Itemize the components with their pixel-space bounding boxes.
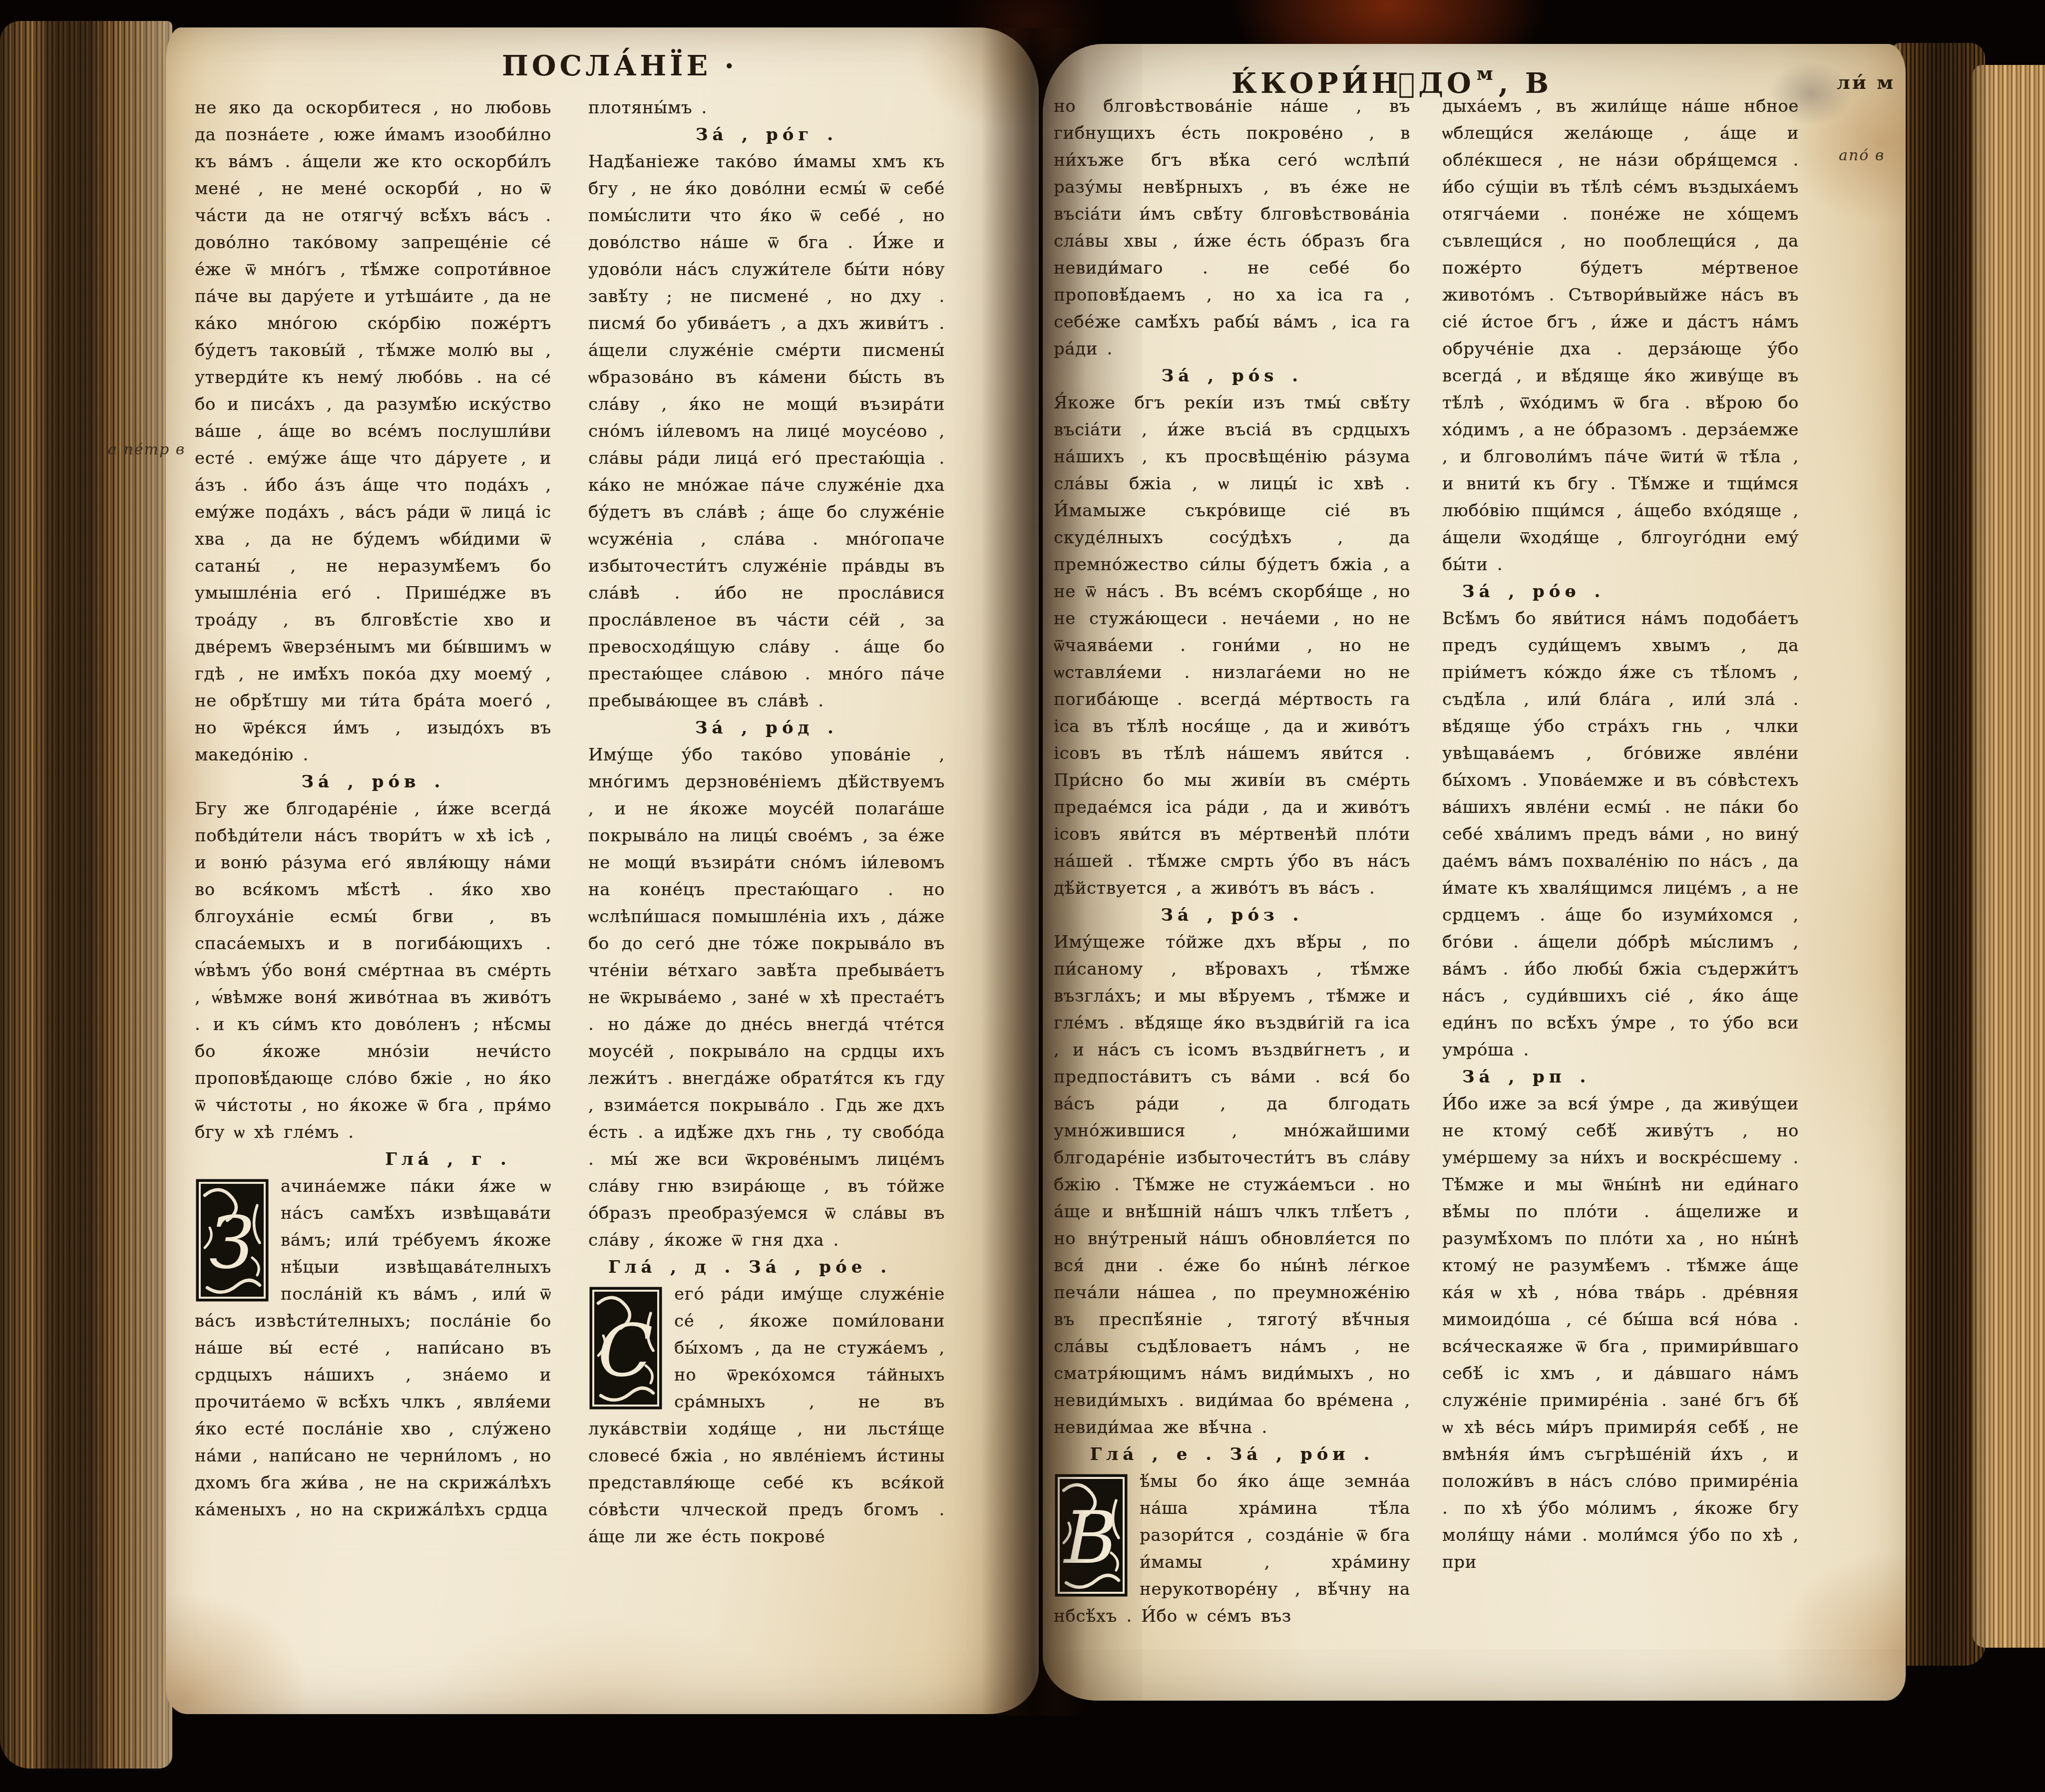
- ornate-initial-З: З: [195, 1178, 270, 1303]
- left-page-column-2: плотяны́мъ .За́ , ро́г .Надѣ́аніеже тако…: [588, 94, 945, 1682]
- body-text: Иму́щеже то́йже дхъ вѣ́ры , по пи́саному…: [1054, 932, 1410, 1437]
- svg-text:З: З: [209, 1201, 255, 1285]
- left-running-title: ПОСЛА́НЇЕ ·: [166, 49, 1039, 82]
- photo-background: ПОСЛА́НЇЕ · а пе́тр в не яко да оскорбит…: [0, 0, 2045, 1792]
- right-fore-edge-stack-inner: [1893, 43, 1985, 1666]
- ornate-initial-С: С: [588, 1286, 663, 1411]
- right-page-column-2: дыха́емъ , въ жили́ще на́ше нбное ѡблещи…: [1442, 93, 1799, 1706]
- left-page: ПОСЛА́НЇЕ · а пе́тр в не яко да оскорбит…: [166, 27, 1039, 1714]
- right-fore-edge-stack-outer: [1973, 65, 2045, 1648]
- body-text-block: не яко да оскорбитеся , но любовь да поз…: [195, 94, 551, 768]
- body-text-block: Зачина́емже па́ки я́же ѡ на́съ самѣ́хъ и…: [195, 1173, 551, 1523]
- body-text: но блговѣствова́ніе на́ше , въ гиб́нущих…: [1054, 96, 1410, 359]
- body-text-block: Вѣ́мы бо я́ко а́ще земна́а на́ша хра́мин…: [1054, 1468, 1410, 1630]
- body-text-block: Иму́щеже то́йже дхъ вѣ́ры , по пи́саному…: [1054, 929, 1410, 1441]
- body-text: плотяны́мъ .: [588, 98, 707, 118]
- ornate-initial-В: В: [1054, 1473, 1129, 1598]
- body-text-block: плотяны́мъ .: [588, 94, 945, 121]
- zachalo-heading: За́ , ро́г .: [588, 121, 945, 148]
- body-text: дыха́емъ , въ жили́ще на́ше нбное ѡблещи…: [1442, 96, 1799, 575]
- body-text: Я́коже бгъ рекі́и изъ тмы́ свѣ́ту въсіа́…: [1054, 393, 1410, 898]
- chapter-heading: Гла́ , г .: [195, 1146, 551, 1173]
- body-text-block: дыха́емъ , въ жили́ще на́ше нбное ѡблещи…: [1442, 93, 1799, 578]
- right-page-column-1: но блговѣствова́ніе на́ше , въ гиб́нущих…: [1054, 93, 1410, 1706]
- body-text: не яко да оскорбитеся , но любовь да поз…: [195, 98, 551, 765]
- body-text-block: Я́коже бгъ рекі́и изъ тмы́ свѣ́ту въсіа́…: [1054, 389, 1410, 902]
- body-text-block: Всѣ́мъ бо яви́тися на́мъ подоба́етъ пред…: [1442, 605, 1799, 1064]
- left-margin-note: а пе́тр в: [108, 441, 185, 458]
- zachalo-heading: За́ , ро́в .: [195, 768, 551, 795]
- body-text: Всѣ́мъ бо яви́тися на́мъ подоба́етъ пред…: [1442, 609, 1799, 1060]
- chapter-heading: Гла́ , е . За́ , ро́и .: [1054, 1441, 1410, 1468]
- body-text-block: И́бо иже за вся́ у́мре , да живу́щеи не …: [1442, 1090, 1799, 1576]
- zachalo-heading: За́ , ро́д .: [588, 715, 945, 741]
- body-text-block: Бгу же блгодаре́ніе , и́же всегда́ побѣд…: [195, 795, 551, 1146]
- running-title-superscript: м: [1477, 62, 1497, 84]
- right-margin-note: апо́ в: [1839, 147, 1885, 164]
- left-fore-edge-stack: [0, 21, 172, 1769]
- chapter-heading: Гла́ , д . За́ , ро́е .: [588, 1254, 945, 1281]
- svg-text:В: В: [1063, 1496, 1118, 1580]
- body-text-block: но блговѣствова́ніе на́ше , въ гиб́нущих…: [1054, 93, 1410, 362]
- body-text: И́бо иже за вся́ у́мре , да живу́щеи не …: [1442, 1094, 1799, 1572]
- zachalo-heading: За́ , ро́ѳ .: [1442, 578, 1799, 605]
- body-text-block: Надѣ́аніеже тако́во и́мамы хмъ къ бгу , …: [588, 148, 945, 715]
- zachalo-heading: За́ , ро́ѕ .: [1054, 362, 1410, 389]
- body-text-block: Иму́ще у́бо тако́во упова́ніе , мно́гимъ…: [588, 741, 945, 1254]
- body-text: Бгу же блгодаре́ніе , и́же всегда́ побѣд…: [195, 799, 551, 1142]
- body-text-block: Сего́ ра́ди иму́ще служе́ніе се́ , я́кож…: [588, 1281, 945, 1550]
- left-page-column-1: не яко да оскорбитеся , но любовь да поз…: [195, 94, 551, 1682]
- zachalo-heading: За́ , ро́з .: [1054, 902, 1410, 929]
- body-text: Надѣ́аніеже тако́во и́мамы хмъ къ бгу , …: [588, 152, 945, 711]
- svg-text:С: С: [598, 1309, 654, 1393]
- folio-number: ли́ м: [1837, 71, 1895, 93]
- right-page: ЌКОРИ́Н꙽ДОм, В ли́ м апо́ в но блговѣств…: [1043, 44, 1906, 1701]
- body-text: Иму́ще у́бо тако́во упова́ніе , мно́гимъ…: [588, 745, 945, 1250]
- zachalo-heading: За́ , рп .: [1442, 1064, 1799, 1090]
